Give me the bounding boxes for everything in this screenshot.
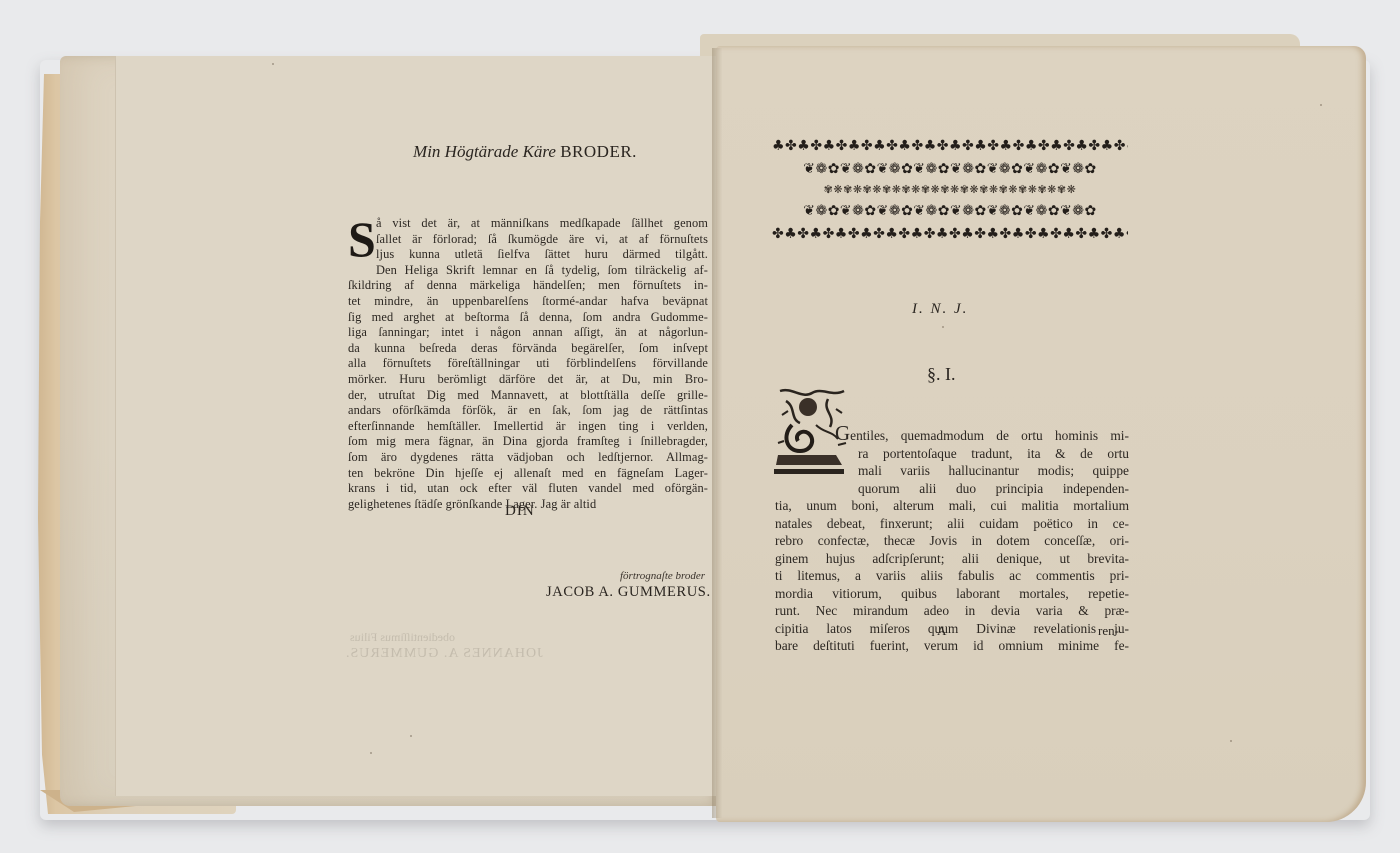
signature-mark: A [937, 623, 946, 639]
treatise-line: mali variis hallucinantur modis; quippe [858, 462, 1129, 480]
letter-line: ſallet är förlorad; ſå ſkumögde äre vi, … [348, 232, 708, 248]
treatise-line: Gentiles, quemadmodum de ortu hominis mi… [835, 425, 1129, 445]
treatise-line: quorum alii duo principia independen- [858, 480, 1129, 498]
document-photo: obedientiſſimus Filius JOHANNES A. GUMME… [0, 0, 1400, 853]
paper-speck [1320, 104, 1322, 106]
letter-line: å vist det är, at männiſkans medſkapade … [348, 216, 708, 232]
letter-body: S å vist det är, at männiſkans medſkapad… [348, 216, 708, 512]
treatise-line: cipitia latos miſeros quum Divinæ revela… [775, 620, 1129, 638]
letter-line: ſom mig mera fägnar, än Dina gjorda fram… [348, 434, 708, 450]
treatise-line: tia, unum boni, alterum mali, cui maliti… [775, 497, 1129, 515]
paper-speck [942, 326, 944, 328]
letter-line: ten bekröne Din hjeſſe ej allenaſt med e… [348, 466, 708, 482]
treatise-line: bare deſtituti fuerint, verum id omnium … [775, 637, 1129, 655]
salutation-italic: Min Högtärade Käre [413, 142, 556, 161]
ornament-row: ✾❋✾❋✾❋✾❋✾❋✾❋✾❋✾❋✾❋✾❋✾❋✾❋✾❋ [772, 182, 1128, 198]
letter-line: ljus kunna utletä ſielfva ſättet huru dä… [348, 247, 708, 263]
invocation: I. N. J. [912, 301, 968, 318]
treatise-line: ti litemus, a variis aliis fabulis ac co… [775, 567, 1129, 585]
section-heading: §. I. [927, 364, 956, 385]
paper-speck [370, 752, 372, 754]
letter-line: krans i tid, utan ock efter väl fluten v… [348, 481, 708, 497]
closing-word: DIN [505, 503, 535, 520]
letter-line: ſkildring af denna märkeliga händelſen; … [348, 278, 708, 294]
signature: JACOB A. GUMMERUS. [546, 584, 711, 601]
letter-line: da kunna beſreda deras förvända begärelſ… [348, 341, 708, 357]
book-gutter [712, 48, 722, 818]
treatise-line: mordia vitiorum, quibus laborant mortale… [775, 585, 1129, 603]
letter-line: ſom äro dygdenes rätta vädjoban och ledſ… [348, 450, 708, 466]
drop-cap-s: S [348, 218, 370, 264]
treatise-line: runt. Nec mirandum adeo in devia varia &… [775, 602, 1129, 620]
ornament-row: ❦❁✿❦❁✿❦❁✿❦❁✿❦❁✿❦❁✿❦❁✿❦❁✿ [772, 201, 1128, 221]
show-through-signature: JOHANNES A. GUMMERUS. [345, 646, 543, 661]
salutation-caps: BRODER. [560, 142, 637, 161]
paper-speck [410, 735, 412, 737]
treatise-line: ra portentoſaque tradunt, ita & de ortu [858, 445, 1129, 463]
ornament-row: ❦❁✿❦❁✿❦❁✿❦❁✿❦❁✿❦❁✿❦❁✿❦❁✿ [772, 159, 1128, 179]
letter-line: alla förnuſtets föreſtällningar uti förb… [348, 356, 708, 372]
letter-line: andars oförſkämda förſök, är en ſak, ſom… [348, 403, 708, 419]
letter-salutation: Min Högtärade Käre BRODER. [345, 142, 705, 162]
catchword: ren- [1098, 623, 1119, 639]
letter-line: Den Heliga Skrift lemnar en ſå tydelig, … [348, 263, 708, 279]
ornament-row: ♣✤♣✤♣✤♣✤♣✤♣✤♣✤♣✤♣✤♣✤♣✤♣✤♣✤♣✤♣✤ [772, 136, 1128, 156]
letter-line: ſig med arghet at beſtorma ſå denna, ſom… [348, 310, 708, 326]
letter-line: der, utruſtat Dig med Mannavett, at blot… [348, 388, 708, 404]
show-through-small: obedientiſſimus Filius [350, 630, 455, 645]
treatise-line-text: entiles, quemadmodum de ortu hominis mi- [850, 428, 1129, 443]
letter-line: tet mindre, än uppenbarelſens ſtormé-and… [348, 294, 708, 310]
ornamental-headpiece: ♣✤♣✤♣✤♣✤♣✤♣✤♣✤♣✤♣✤♣✤♣✤♣✤♣✤♣✤♣✤ ❦❁✿❦❁✿❦❁✿… [772, 136, 1128, 248]
treatise-line: ginem hujus adſcripſerunt; alii denique,… [775, 550, 1129, 568]
closing-phrase: förtrognaſte broder [620, 570, 705, 582]
letter-line: liga ſanningar; intet i någon annan aſſi… [348, 325, 708, 341]
letter-line: mörker. Huru berömligt därföre det är, a… [348, 372, 708, 388]
initial-g: G [835, 421, 850, 445]
treatise-body: Gentiles, quemadmodum de ortu hominis mi… [775, 425, 1129, 655]
treatise-line: rebro confectæ, thecæ Jovis in dotem con… [775, 532, 1129, 550]
treatise-line: natales debeat, finxerunt; alii cuidam p… [775, 515, 1129, 533]
ornament-row: ✤♣✤♣✤♣✤♣✤♣✤♣✤♣✤♣✤♣✤♣✤♣✤♣✤♣✤♣✤ [772, 224, 1128, 244]
letter-line: efterſinnande hemſtäller. Imellertid är … [348, 419, 708, 435]
paper-speck [272, 63, 274, 65]
paper-speck [1230, 740, 1232, 742]
